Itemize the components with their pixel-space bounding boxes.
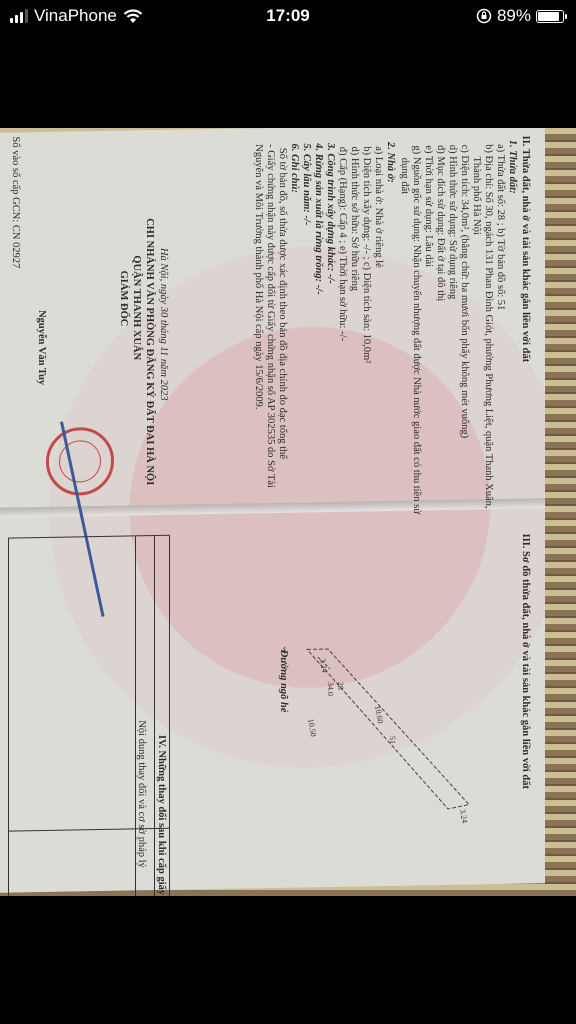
office-district: QUẬN THANH XUÂN xyxy=(130,255,143,360)
house-type: a) Loại nhà ở: Nhà ở riêng lẻ xyxy=(372,146,385,268)
svg-text:34.0: 34.0 xyxy=(326,682,335,696)
office-director: GIÁM ĐỐC xyxy=(117,270,130,326)
land-origin-cont: dụng đất xyxy=(398,158,411,195)
parcel-diagram: 4 10.60 10.50 3.24 3.24 28 34.0 51 xyxy=(270,624,490,828)
battery-icon xyxy=(536,10,564,23)
notes-heading: 6. Ghi chú: xyxy=(288,144,301,194)
other-works: 3. Công trình xây dựng khác: -/- xyxy=(324,143,337,284)
land-usage-form: d) Hình thức sử dụng: Sử dụng riêng xyxy=(446,145,459,300)
certificate-paper: II. Thửa đất, nhà ở và tài sản khác gắn … xyxy=(0,128,545,893)
battery-percent: 89% xyxy=(497,6,531,26)
svg-text:10.60: 10.60 xyxy=(373,705,385,724)
notes-line-2: - Giấy chứng nhận này được cấp đổi từ Gi… xyxy=(264,144,277,488)
signer-name: Nguyễn Văn Tuy xyxy=(35,310,48,385)
svg-text:3.24: 3.24 xyxy=(318,658,329,673)
issue-date: Hà Nội, ngày 30 tháng 11 năm 2023 xyxy=(157,248,170,401)
perennial: 5. Cây lâu năm: -/- xyxy=(300,143,313,225)
road-label: Đường ngõ hẻ xyxy=(277,650,290,713)
section-iv-title: IV. Những thay đổi sau khi cấp giấy chứn… xyxy=(155,735,168,896)
land-address: b) Địa chỉ: Số 30, ngách 131 Phan Đình G… xyxy=(482,144,495,509)
notes-line-1: Số tờ bản đồ, số thửa được xác định theo… xyxy=(276,148,289,459)
notes-line-3: Nguyên và Môi Trường thành phố Hà Nội cấ… xyxy=(252,144,265,409)
land-address-city: Thành phố Hà Nội xyxy=(470,156,483,235)
col-content-header: Nội dung thay đổi và cơ sở pháp lý xyxy=(135,720,148,868)
svg-text:3.24: 3.24 xyxy=(458,808,469,823)
office-name: CHI NHÁNH VĂN PHÒNG ĐĂNG KÝ ĐẤT ĐAI HÀ N… xyxy=(143,218,156,485)
house-grade: đ) Cấp (Hạng): Cấp 4 ; e) Thời hạn sở hữ… xyxy=(336,147,349,341)
svg-text:28: 28 xyxy=(336,682,345,690)
land-parcel: a) Thửa đất số: 28 ; b) Tờ bản đồ số: 51 xyxy=(494,144,507,311)
status-right: 89% xyxy=(476,6,564,26)
house-build-area: b) Diện tích xây dựng: -/- ; c) Diện tíc… xyxy=(360,146,373,363)
document-photo: II. Thửa đất, nhà ở và tài sản khác gắn … xyxy=(0,128,576,896)
house-ownership: d) Hình thức sở hữu: Sở hữu riêng xyxy=(348,146,361,291)
land-term: e) Thời hạn sử dụng: Lâu dài xyxy=(422,145,435,267)
land-area: c) Diện tích: 34,0m², (bằng chữ: ba mươi… xyxy=(458,145,471,439)
svg-text:51: 51 xyxy=(388,736,397,744)
land-heading: 1. Thửa đất: xyxy=(506,140,519,194)
rotation-lock-icon xyxy=(476,8,492,24)
register-number: Số vào sổ cấp GCN: CN 02927 xyxy=(9,136,22,268)
official-stamp xyxy=(46,427,114,496)
svg-text:10.50: 10.50 xyxy=(306,718,318,737)
land-origin: g) Nguồn gốc sử dụng: Nhận chuyển nhượng… xyxy=(410,145,423,514)
forest: 4. Rừng sản xuất là rừng trồng: -/- xyxy=(312,143,325,295)
section-iii-title: III. Sơ đồ thửa đất, nhà ở và tài sản kh… xyxy=(519,533,532,789)
status-bar: VinaPhone 17:09 89% xyxy=(0,0,576,34)
house-heading: 2. Nhà ở: xyxy=(384,142,397,183)
section-ii-title: II. Thửa đất, nhà ở và tài sản khác gắn … xyxy=(519,135,532,362)
land-purpose: đ) Mục đích sử dụng: Đất ở tại đô thị xyxy=(434,145,447,301)
